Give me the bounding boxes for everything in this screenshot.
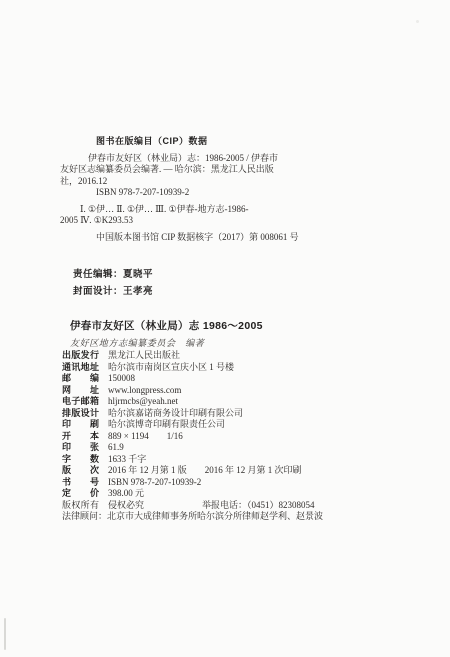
pub-row-publisher: 出版发行 黑龙江人民出版社: [62, 350, 407, 362]
cip-classification-line-1: Ⅰ. ①伊… Ⅱ. ①伊… Ⅲ. ①伊春-地方志-1986-: [80, 204, 372, 216]
book-title: 伊春市友好区（林业局）志 1986～2005: [70, 318, 263, 333]
cip-record-number: 中国版本图书馆 CIP 数据核字（2017）第 008061 号: [96, 232, 372, 244]
pub-row-printer: 印刷 哈尔滨博奇印刷有限责任公司: [62, 419, 407, 431]
pub-label: 书号: [62, 477, 99, 489]
pub-label: 定价: [62, 488, 99, 500]
copyright-page: 图书在版编目（CIP）数据 伊春市友好区（林业局）志：1986-2005 / 伊…: [0, 0, 450, 657]
pub-value: 150008: [108, 373, 135, 385]
pub-value: ISBN 978-7-207-10939-2: [108, 477, 201, 489]
pub-value: 1633 千字: [108, 454, 146, 466]
pub-label: 字数: [62, 454, 99, 466]
pub-value: hljrmcbs@yeah.net: [108, 396, 178, 408]
pub-row-layout-design: 排版设计 哈尔滨嘉诺商务设计印刷有限公司: [62, 408, 407, 420]
pub-row-website: 网址 www.longpress.com: [62, 385, 407, 397]
pub-label: 排版设计: [62, 408, 99, 420]
pub-label: 印张: [62, 442, 99, 454]
pub-row-postcode: 邮编 150008: [62, 373, 407, 385]
pub-label: 版次: [62, 465, 99, 477]
responsible-editor-line: 责任编辑：夏晓平: [73, 267, 153, 284]
pub-value: 61.9: [108, 442, 124, 454]
pub-label: 印刷: [62, 419, 99, 431]
pub-label: 网址: [62, 385, 99, 397]
pub-row-email: 电子邮箱 hljrmcbs@yeah.net: [62, 396, 407, 408]
cip-block: 图书在版编目（CIP）数据 伊春市友好区（林业局）志：1986-2005 / 伊…: [60, 136, 372, 243]
pub-row-isbn: 书号 ISBN 978-7-207-10939-2: [62, 477, 407, 489]
pub-row-address: 通讯地址 哈尔滨市南岗区宣庆小区 1 号楼: [62, 362, 407, 374]
cip-isbn-line: ISBN 978-7-207-10939-2: [96, 187, 372, 199]
pub-row-legal: 法律顾问：北京市大成律师事务所哈尔滨分所律师赵学利、赵景波: [62, 511, 407, 523]
pub-label: 出版发行: [62, 350, 99, 362]
credits-block: 责任编辑：夏晓平 封面设计：王孝亮: [73, 267, 153, 300]
pub-value: www.longpress.com: [108, 385, 181, 397]
copyright-notice: 侵权必究: [108, 500, 144, 512]
publication-details: 出版发行 黑龙江人民出版社 通讯地址 哈尔滨市南岗区宣庆小区 1 号楼 邮编 1…: [62, 350, 407, 523]
pub-label: 邮编: [62, 373, 99, 385]
cip-description-line-1: 伊春市友好区（林业局）志：1986-2005 / 伊春市: [88, 153, 372, 165]
pub-row-price: 定价 398.00 元: [62, 488, 407, 500]
pub-value: 889 × 1194 1/16: [108, 431, 183, 443]
pub-value: 2016 年 12 月第 1 版 2016 年 12 月第 1 次印刷: [108, 465, 302, 477]
pub-row-sheets: 印张 61.9: [62, 442, 407, 454]
cip-description-line-2: 友好区志编纂委员会编著. — 哈尔滨：黑龙江人民出版: [60, 164, 372, 176]
scan-artifact-speck: [416, 20, 419, 23]
pub-value: 哈尔滨博奇印刷有限责任公司: [108, 419, 225, 431]
pub-row-word-count: 字数 1633 千字: [62, 454, 407, 466]
cip-classification: Ⅰ. ①伊… Ⅱ. ①伊… Ⅲ. ①伊春-地方志-1986- 2005 Ⅳ. ①…: [60, 204, 372, 227]
scan-artifact-line: [4, 618, 6, 650]
cover-designer-line: 封面设计：王孝亮: [73, 284, 153, 301]
pub-label: 通讯地址: [62, 362, 99, 374]
book-compiler: 友好区地方志编纂委员会 编著: [70, 336, 204, 349]
pub-row-edition: 版次 2016 年 12 月第 1 版 2016 年 12 月第 1 次印刷: [62, 465, 407, 477]
pub-value: 哈尔滨嘉诺商务设计印刷有限公司: [108, 408, 243, 420]
pub-label: 电子邮箱: [62, 396, 99, 408]
pub-value: 黑龙江人民出版社: [108, 350, 180, 362]
pub-row-format: 开本 889 × 1194 1/16: [62, 431, 407, 443]
cip-classification-line-2: 2005 Ⅳ. ①K293.53: [60, 215, 372, 227]
pub-label: 开本: [62, 431, 99, 443]
copyright-label: 版权所有: [62, 500, 99, 512]
report-phone: 举报电话：（0451）82308054: [202, 500, 315, 512]
pub-row-copyright: 版权所有 侵权必究 举报电话：（0451）82308054: [62, 500, 407, 512]
pub-value: 哈尔滨市南岗区宣庆小区 1 号楼: [108, 362, 234, 374]
legal-counsel-line: 法律顾问：北京市大成律师事务所哈尔滨分所律师赵学利、赵景波: [62, 511, 323, 523]
pub-value: 398.00 元: [108, 488, 144, 500]
cip-header: 图书在版编目（CIP）数据: [96, 136, 372, 148]
cip-description-line-3: 社，2016.12: [60, 176, 372, 188]
